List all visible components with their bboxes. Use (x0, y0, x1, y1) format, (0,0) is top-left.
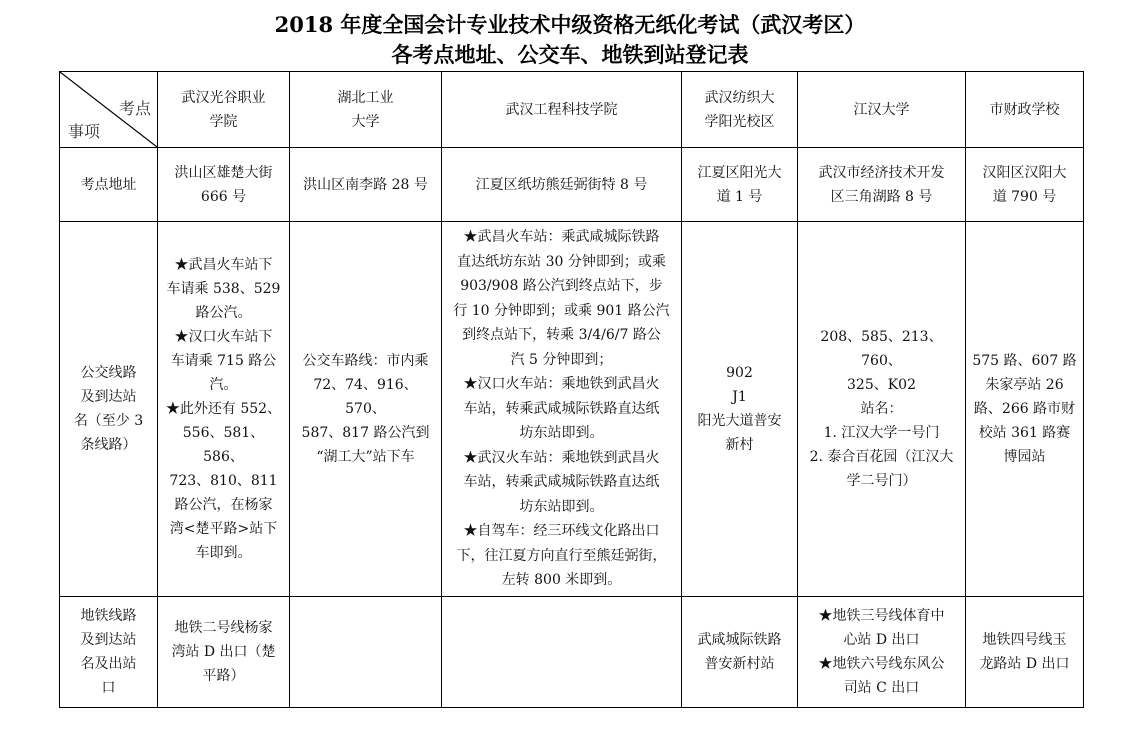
cell-line: ★武昌火车站：乘武咸城际铁路 (447, 225, 676, 250)
cell-metro: 武咸城际铁路 普安新村站 (682, 597, 798, 708)
header-line: 武汉工程科技学院 (447, 98, 676, 122)
cell-line: 723、810、811 (163, 469, 284, 493)
cell-line: J1 (687, 385, 792, 409)
row-label-line: 条线路） (65, 433, 152, 457)
cell-line: ★汉口火车站下 (163, 325, 284, 349)
cell-line: 道 790 号 (971, 185, 1078, 209)
cell-line: 司站 C 出口 (803, 676, 960, 700)
cell-line: 公交车路线：市内乘 (295, 349, 436, 373)
cell-bus-routes: 208、585、213、760、 325、K02 站名： 1. 江汉大学一号门 … (798, 222, 966, 597)
cell-line: 普安新村站 (687, 652, 792, 676)
registration-table: 考点 事项 武汉光谷职业 学院 湖北工业 大学 武汉工程科技学院 武汉纺织大 学… (59, 71, 1084, 708)
document-title-line-1: 2018 年度全国会计专业技术中级资格无纸化考试（武汉考区） (0, 12, 1140, 38)
row-label-line: 及到达站 (65, 628, 152, 652)
cell-bus-routes: 575 路、607 路 朱家亭站 26 路、266 路市财 校站 361 路赛 … (966, 222, 1084, 597)
cell-metro-empty (442, 597, 682, 708)
row-label-address: 考点地址 (60, 148, 158, 222)
cell-bus-routes: 公交车路线：市内乘 72、74、916、570、 587、817 路公汽到 “湖… (290, 222, 442, 597)
cell-line: 车站，转乘武咸城际铁路直达纸 (447, 470, 676, 495)
cell-line: 坊东站即到。 (447, 495, 676, 520)
header-line: 学院 (163, 110, 284, 134)
table-row-address: 考点地址 洪山区雄楚大街 666 号 洪山区南李路 28 号 江夏区纸坊熊廷弼街… (60, 148, 1084, 222)
row-label-line: 名（至少 3 (65, 409, 152, 433)
cell-line: 江夏区纸坊熊廷弼街特 8 号 (447, 173, 676, 197)
cell-line: 洪山区雄楚大街 (163, 161, 284, 185)
document-title-line-2: 各考点地址、公交车、地铁到站登记表 (0, 42, 1140, 68)
row-label-bus-routes: 公交线路 及到达站 名（至少 3 条线路） (60, 222, 158, 597)
cell-bus-routes: 902 J1 阳光大道普安 新村 (682, 222, 798, 597)
row-label-line: 口 (65, 676, 152, 700)
cell-line: 站名： (803, 397, 960, 421)
cell-line: 车站，转乘武咸城际铁路直达纸 (447, 397, 676, 422)
cell-line: 车即到。 (163, 541, 284, 565)
cell-address: 洪山区雄楚大街 666 号 (158, 148, 290, 222)
cell-line: 湾<楚平路>站下 (163, 517, 284, 541)
cell-line: 行 10 分钟即到；或乘 901 路公汽 (447, 299, 676, 324)
cell-line: 地铁四号线玉 (971, 628, 1078, 652)
cell-address: 江夏区纸坊熊廷弼街特 8 号 (442, 148, 682, 222)
cell-line: 朱家亭站 26 (971, 373, 1078, 397)
cell-line: 武咸城际铁路 (687, 628, 792, 652)
header-line: 江汉大学 (803, 98, 960, 122)
header-line: 大学 (295, 110, 436, 134)
cell-line: 区三角湖路 8 号 (803, 185, 960, 209)
cell-line: “湖工大”站下车 (295, 445, 436, 469)
column-header-municipal-finance-school: 市财政学校 (966, 72, 1084, 148)
cell-line: 阳光大道普安 (687, 409, 792, 433)
cell-metro: ★地铁三号线体育中 心站 D 出口 ★地铁六号线东风公 司站 C 出口 (798, 597, 966, 708)
cell-line: 666 号 (163, 185, 284, 209)
column-header-hubei-university-of-technology: 湖北工业 大学 (290, 72, 442, 148)
cell-line: 556、581、586、 (163, 421, 284, 469)
cell-line: 下，往江夏方向直行至熊廷弼街， (447, 544, 676, 569)
cell-line: ★武昌火车站下 (163, 253, 284, 277)
cell-bus-routes: ★武昌火车站下 车请乘 538、529 路公汽。 ★汉口火车站下 车请乘 715… (158, 222, 290, 597)
table-row-bus-routes: 公交线路 及到达站 名（至少 3 条线路） ★武昌火车站下 车请乘 538、52… (60, 222, 1084, 597)
cell-line: 902 (687, 361, 792, 385)
cell-line: 587、817 路公汽到 (295, 421, 436, 445)
cell-line: 左转 800 米即到。 (447, 568, 676, 593)
cell-line: 道 1 号 (687, 185, 792, 209)
cell-line: 325、K02 (803, 373, 960, 397)
cell-metro-empty (290, 597, 442, 708)
header-line: 市财政学校 (971, 98, 1078, 122)
row-label-line: 考点地址 (65, 173, 152, 197)
column-header-wuhan-textile-yangguang-campus: 武汉纺织大 学阳光校区 (682, 72, 798, 148)
row-label-line: 及到达站 (65, 385, 152, 409)
cell-line: 575 路、607 路 (971, 349, 1078, 373)
cell-address: 洪山区南李路 28 号 (290, 148, 442, 222)
cell-metro: 地铁二号线杨家 湾站 D 出口（楚 平路） (158, 597, 290, 708)
column-header-jianghan-university: 江汉大学 (798, 72, 966, 148)
cell-line: 到终点站下，转乘 3/4/6/7 路公 (447, 323, 676, 348)
cell-line: 903/908 路公汽到终点站下，步 (447, 274, 676, 299)
cell-line: 学二号门） (803, 469, 960, 493)
cell-line: 1. 江汉大学一号门 (803, 421, 960, 445)
row-label-metro: 地铁线路 及到达站 名及出站 口 (60, 597, 158, 708)
cell-metro: 地铁四号线玉 龙路站 D 出口 (966, 597, 1084, 708)
cell-line: ★自驾车：经三环线文化路出口 (447, 519, 676, 544)
cell-line: ★地铁六号线东风公 (803, 652, 960, 676)
corner-header-cell: 考点 事项 (60, 72, 158, 148)
cell-address: 武汉市经济技术开发 区三角湖路 8 号 (798, 148, 966, 222)
corner-label-exam-site: 考点 (119, 97, 151, 121)
column-header-wuhan-engineering-science-college: 武汉工程科技学院 (442, 72, 682, 148)
cell-line: 汽 5 分钟即到； (447, 348, 676, 373)
corner-label-item: 事项 (68, 120, 100, 144)
cell-address: 江夏区阳光大 道 1 号 (682, 148, 798, 222)
cell-line: 龙路站 D 出口 (971, 652, 1078, 676)
cell-line: 2. 泰合百花园（江汉大 (803, 445, 960, 469)
cell-line: 路、266 路市财 (971, 397, 1078, 421)
cell-line: 路公汽，在杨家 (163, 493, 284, 517)
cell-line: 72、74、916、570、 (295, 373, 436, 421)
cell-line: 208、585、213、760、 (803, 325, 960, 373)
cell-line: 坊东站即到。 (447, 421, 676, 446)
row-label-line: 地铁线路 (65, 604, 152, 628)
header-line: 学阳光校区 (687, 110, 792, 134)
cell-line: 路公汽。 (163, 301, 284, 325)
cell-line: 洪山区南李路 28 号 (295, 173, 436, 197)
cell-line: 心站 D 出口 (803, 628, 960, 652)
cell-line: 湾站 D 出口（楚 (163, 640, 284, 664)
row-label-line: 名及出站 (65, 652, 152, 676)
cell-line: 直达纸坊东站 30 分钟即到；或乘 (447, 250, 676, 275)
table-row-metro: 地铁线路 及到达站 名及出站 口 地铁二号线杨家 湾站 D 出口（楚 平路） 武… (60, 597, 1084, 708)
cell-line: 汉阳区汉阳大 (971, 161, 1078, 185)
header-line: 武汉光谷职业 (163, 86, 284, 110)
cell-line: ★武汉火车站：乘地铁到武昌火 (447, 446, 676, 471)
cell-line: 校站 361 路赛 (971, 421, 1078, 445)
cell-line: 车请乘 715 路公 (163, 349, 284, 373)
column-header-wuhan-optics-valley-vocational: 武汉光谷职业 学院 (158, 72, 290, 148)
cell-line: 地铁二号线杨家 (163, 616, 284, 640)
cell-bus-routes: ★武昌火车站：乘武咸城际铁路 直达纸坊东站 30 分钟即到；或乘 903/908… (442, 222, 682, 597)
cell-line: 武汉市经济技术开发 (803, 161, 960, 185)
header-line: 湖北工业 (295, 86, 436, 110)
row-label-line: 公交线路 (65, 361, 152, 385)
cell-line: 平路） (163, 664, 284, 688)
cell-line: 汽。 (163, 373, 284, 397)
cell-line: 新村 (687, 433, 792, 457)
cell-line: ★汉口火车站：乘地铁到武昌火 (447, 372, 676, 397)
cell-line: 江夏区阳光大 (687, 161, 792, 185)
cell-line: 博园站 (971, 445, 1078, 469)
cell-line: 车请乘 538、529 (163, 277, 284, 301)
header-row: 考点 事项 武汉光谷职业 学院 湖北工业 大学 武汉工程科技学院 武汉纺织大 学… (60, 72, 1084, 148)
cell-line: ★地铁三号线体育中 (803, 604, 960, 628)
header-line: 武汉纺织大 (687, 86, 792, 110)
cell-address: 汉阳区汉阳大 道 790 号 (966, 148, 1084, 222)
cell-line: ★此外还有 552、 (163, 397, 284, 421)
